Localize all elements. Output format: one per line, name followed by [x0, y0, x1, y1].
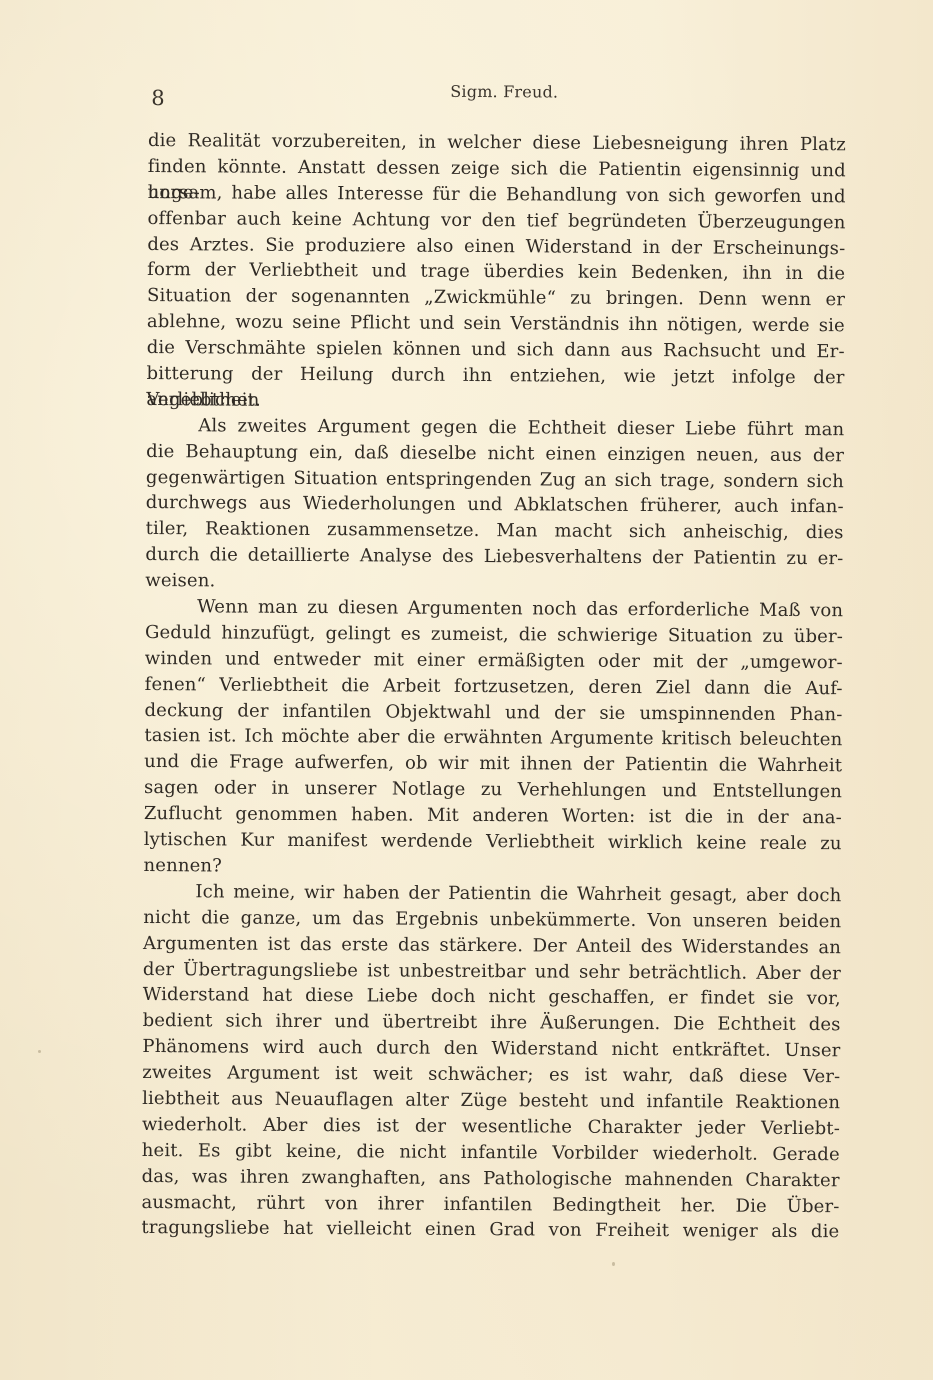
- text-line: finden könnte. Anstatt dessen zeige sich…: [148, 154, 846, 184]
- text-line-content: Verliebtheit.: [146, 387, 844, 417]
- text-line: horsam, habe alles Interesse für die Beh…: [148, 180, 846, 210]
- text-line-content: wiederholt. Aber dies ist der wesentlich…: [142, 1112, 840, 1142]
- text-line: fenen“ Verliebtheit die Arbeit fortzuset…: [145, 672, 843, 702]
- text-line-content: liebtheit aus Neuauflagen alter Züge bes…: [142, 1086, 840, 1116]
- text-line: offenbar auch keine Achtung vor den tief…: [147, 206, 845, 236]
- book-page: 8 Sigm. Freud. die Realität vorzubereite…: [0, 0, 933, 1380]
- text-line: die Behauptung ein, daß dieselbe nicht e…: [146, 439, 844, 469]
- text-line-content: offenbar auch keine Achtung vor den tief…: [147, 206, 845, 236]
- text-line: das, was ihren zwanghaften, ans Patholog…: [142, 1164, 840, 1194]
- text-line: Verliebtheit.: [146, 387, 844, 417]
- text-line-content: durch die detaillierte Analyse des Liebe…: [145, 542, 843, 572]
- text-line-content: horsam, habe alles Interesse für die Beh…: [148, 180, 846, 210]
- text-line-content: Argumenten ist das erste das stärkere. D…: [143, 931, 841, 961]
- text-line: Geduld hinzufügt, gelingt es zumeist, di…: [145, 620, 843, 650]
- text-line-content: Wenn man zu diesen Argumenten noch das e…: [197, 594, 843, 624]
- body-text: die Realität vorzubereiten, in welcher d…: [141, 128, 846, 1246]
- text-line: heit. Es gibt keine, die nicht infantile…: [142, 1138, 840, 1168]
- text-line: Argumenten ist das erste das stärkere. D…: [143, 931, 841, 961]
- text-line: liebtheit aus Neuauflagen alter Züge bes…: [142, 1086, 840, 1116]
- text-line-content: tragungsliebe hat vielleicht einen Grad …: [141, 1215, 839, 1245]
- page-number: 8: [151, 86, 165, 110]
- text-line: tragungsliebe hat vielleicht einen Grad …: [141, 1215, 839, 1245]
- text-line-content: die Behauptung ein, daß dieselbe nicht e…: [146, 439, 844, 469]
- text-line-content: fenen“ Verliebtheit die Arbeit fortzuset…: [145, 672, 843, 702]
- text-line-content: nicht die ganze, um das Ergebnis unbeküm…: [143, 905, 841, 935]
- text-line-content: Ich meine, wir haben der Patientin die W…: [195, 879, 841, 909]
- text-line-content: winden und entweder mit einer ermäßigten…: [145, 646, 843, 676]
- text-line-content: heit. Es gibt keine, die nicht infantile…: [142, 1138, 840, 1168]
- text-line-content: Geduld hinzufügt, gelingt es zumeist, di…: [145, 620, 843, 650]
- text-line: durch die detaillierte Analyse des Liebe…: [145, 542, 843, 572]
- page-header: 8 Sigm. Freud.: [148, 80, 848, 114]
- text-line: Als zweites Argument gegen die Echtheit …: [146, 413, 844, 443]
- text-line-content: lytischen Kur manifest werdende Verliebt…: [144, 827, 842, 857]
- text-line-content: das, was ihren zwanghaften, ans Patholog…: [142, 1164, 840, 1194]
- paper-speck: [38, 1050, 41, 1053]
- text-line-content: Als zweites Argument gegen die Echtheit …: [198, 413, 844, 443]
- text-line: Ich meine, wir haben der Patientin die W…: [143, 879, 841, 909]
- text-line: winden und entweder mit einer ermäßigten…: [145, 646, 843, 676]
- text-line: wiederholt. Aber dies ist der wesentlich…: [142, 1112, 840, 1142]
- paper-speck: [612, 1262, 615, 1266]
- running-head: Sigm. Freud.: [450, 82, 558, 102]
- text-line: lytischen Kur manifest werdende Verliebt…: [144, 827, 842, 857]
- text-line: nicht die ganze, um das Ergebnis unbeküm…: [143, 905, 841, 935]
